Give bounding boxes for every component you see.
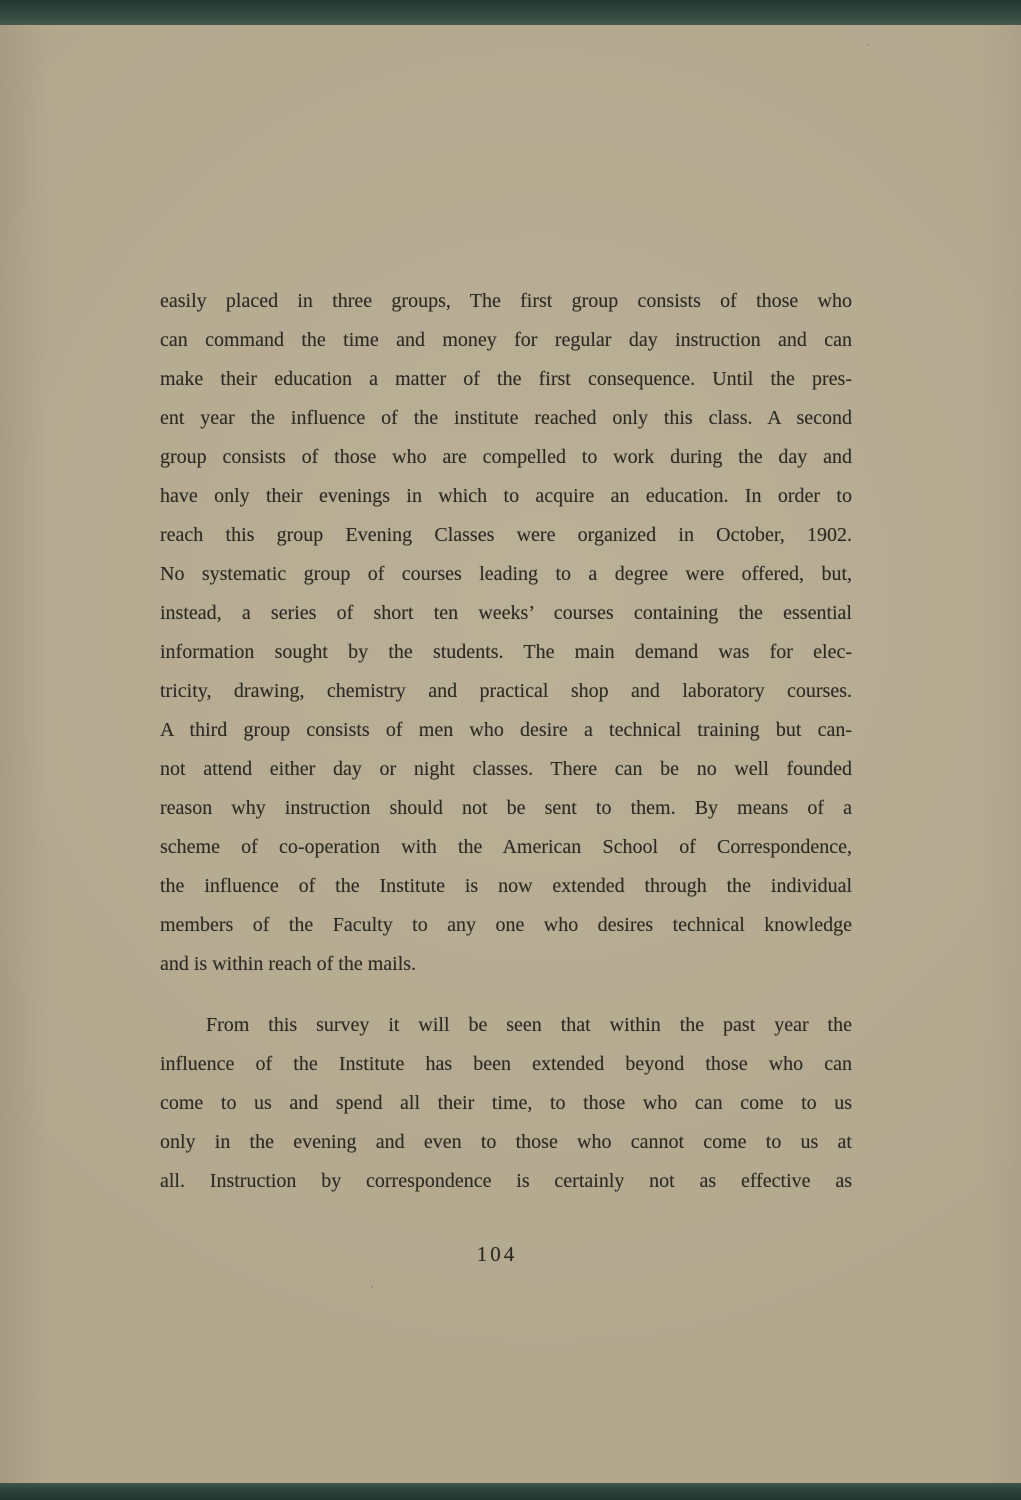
- text-line: not attend either day or night classes. …: [160, 750, 852, 789]
- text-line: tricity, drawing, chemistry and practica…: [160, 672, 852, 711]
- text-line: reach this group Evening Classes were or…: [160, 516, 852, 555]
- text-line: influence of the Institute has been exte…: [160, 1045, 852, 1084]
- text-line: make their education a matter of the fir…: [160, 360, 852, 399]
- text-line: and is within reach of the mails.: [160, 945, 852, 984]
- text-line: can command the time and money for regul…: [160, 321, 852, 360]
- page-text-block: easily placed in three groups, The first…: [160, 282, 852, 1201]
- scan-edge-band-bottom: [0, 1483, 1021, 1500]
- text-line: all. Instruction by correspondence is ce…: [160, 1162, 852, 1201]
- text-line: No systematic group of courses leading t…: [160, 555, 852, 594]
- paragraph: From this survey it will be seen that wi…: [160, 1006, 852, 1201]
- text-line: instead, a series of short ten weeks’ co…: [160, 594, 852, 633]
- text-line: the influence of the Institute is now ex…: [160, 867, 852, 906]
- text-line: scheme of co-operation with the American…: [160, 828, 852, 867]
- text-line: come to us and spend all their time, to …: [160, 1084, 852, 1123]
- text-line: have only their evenings in which to acq…: [160, 477, 852, 516]
- scan-edge-band-top: [0, 0, 1021, 25]
- book-scan-page: { "page": { "page_number": "104", "parag…: [0, 0, 1021, 1500]
- text-line: only in the evening and even to those wh…: [160, 1123, 852, 1162]
- text-line: members of the Faculty to any one who de…: [160, 906, 852, 945]
- text-line: ent year the influence of the institute …: [160, 399, 852, 438]
- text-line: A third group consists of men who desire…: [160, 711, 852, 750]
- text-line: easily placed in three groups, The first…: [160, 282, 852, 321]
- page-number: 104: [0, 1242, 994, 1267]
- text-line: information sought by the students. The …: [160, 633, 852, 672]
- text-line: group consists of those who are compelle…: [160, 438, 852, 477]
- paragraph: easily placed in three groups, The first…: [160, 282, 852, 984]
- text-line: reason why instruction should not be sen…: [160, 789, 852, 828]
- text-line: From this survey it will be seen that wi…: [160, 1006, 852, 1045]
